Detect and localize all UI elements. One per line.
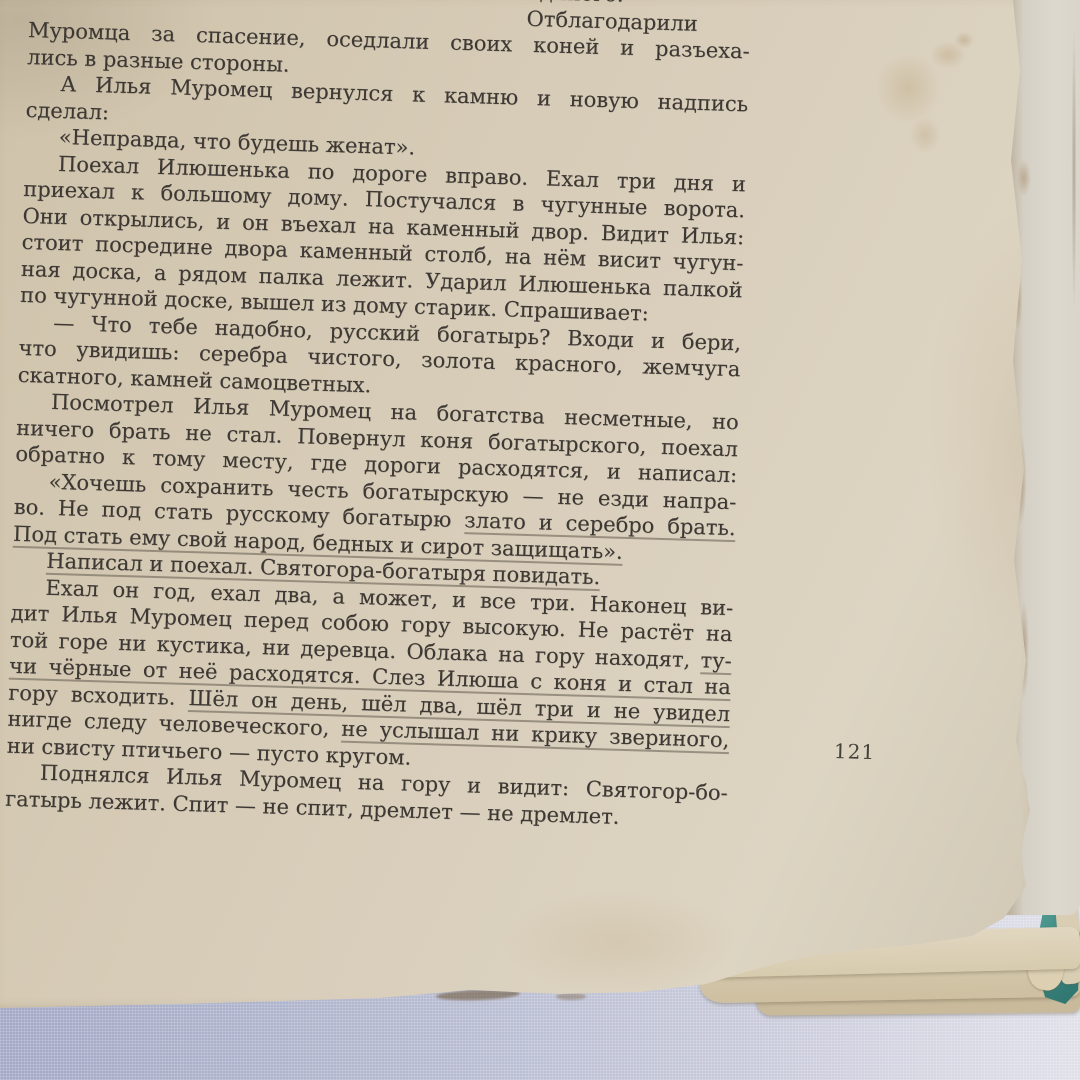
page-number: 121 — [834, 739, 905, 765]
pencil-underlined-text: ту- — [700, 648, 732, 675]
book-page: единого. ОтблагодарилиМуромца за спасени… — [0, 0, 1038, 1012]
torn-paper-bit — [556, 993, 586, 1000]
page-text: единого. ОтблагодарилиМуромца за спасени… — [5, 0, 752, 833]
photo-scene: единого. ОтблагодарилиМуромца за спасени… — [0, 0, 1080, 1080]
text-segment: гору всходить. — [8, 680, 189, 709]
text-segment: единого. Отблагодарили — [526, 0, 698, 35]
text-segment: сделал: — [25, 97, 109, 123]
